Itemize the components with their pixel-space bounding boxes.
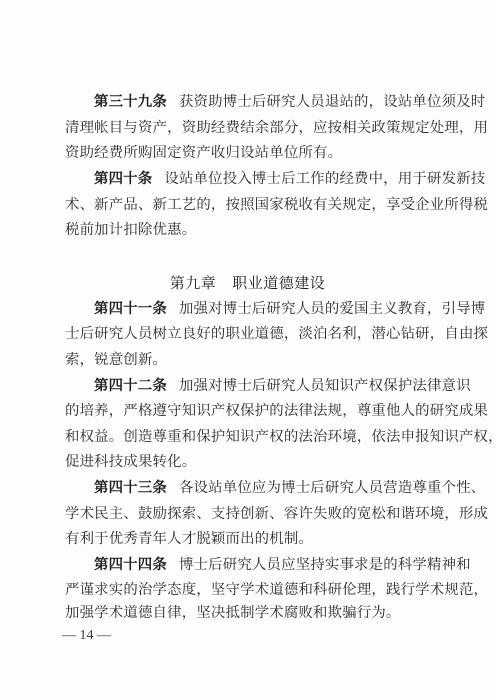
article-40-line-2: 术、新产品、新工艺的，按照国家税收有关规定，享受企业所得税 — [65, 195, 431, 215]
article-43-number: 第四十三条 — [94, 480, 167, 496]
article-41-line-3: 索，锐意创新。 — [65, 350, 431, 370]
article-42-line-4: 促进科技成果转化。 — [65, 452, 431, 472]
article-40-line-1: 第四十条设站单位投入博士后工作的经费中，用于研发新技 — [94, 169, 431, 189]
article-39-line-3: 资助经费所购固定资产收归设站单位所有。 — [65, 143, 431, 163]
article-39-line-2: 清理帐目与资产，资助经费结余部分，应按相关政策规定处理，用 — [65, 118, 431, 138]
article-44-number: 第四十四条 — [94, 557, 167, 573]
article-39-line-1: 第三十九条获资助博士后研究人员退站的，设站单位须及时 — [94, 92, 431, 112]
document-page: 第三十九条获资助博士后研究人员退站的，设站单位须及时 清理帐目与资产，资助经费结… — [0, 0, 495, 700]
article-44-line-1: 第四十四条博士后研究人员应坚持实事求是的科学精神和 — [94, 555, 431, 575]
article-43-line-2: 学术民主、鼓励探索、支持创新、容许失败的宽松和谐环境，形成 — [65, 504, 431, 524]
chapter-title: 职业道德建设 — [232, 274, 325, 292]
article-42-line-2: 的培养，严格遵守知识产权保护的法律法规，尊重他人的研究成果 — [65, 401, 431, 421]
page-number: — 14 — — [62, 627, 111, 645]
article-44-line-3: 加强学术道德自律，坚决抵制学术腐败和欺骗行为。 — [65, 603, 431, 623]
article-39-number: 第三十九条 — [94, 94, 167, 110]
article-42-line-3: 和权益。创造尊重和保护知识产权的法治环境，依法申报知识产权， — [65, 427, 431, 447]
article-42-number: 第四十二条 — [94, 378, 167, 394]
article-43-line-3: 有利于优秀青年人才脱颖而出的机制。 — [65, 529, 431, 549]
article-41-number: 第四十一条 — [94, 301, 167, 317]
article-40-line-3: 税前加计扣除优惠。 — [65, 220, 431, 240]
article-44-line-2: 严谨求实的治学态度，坚守学术道德和科研伦理，践行学术规范， — [65, 580, 431, 600]
chapter-number: 第九章 — [170, 274, 217, 292]
article-40-number: 第四十条 — [94, 171, 152, 187]
article-42-line-1: 第四十二条加强对博士后研究人员知识产权保护法律意识 — [94, 376, 431, 396]
chapter-heading: 第九章职业道德建设 — [0, 273, 495, 293]
article-41-line-2: 士后研究人员树立良好的职业道德，淡泊名利，潜心钻研，自由探 — [65, 324, 431, 344]
article-41-line-1: 第四十一条加强对博士后研究人员的爱国主义教育，引导博 — [94, 299, 431, 319]
article-43-line-1: 第四十三条各设站单位应为博士后研究人员营造尊重个性、 — [94, 478, 431, 498]
